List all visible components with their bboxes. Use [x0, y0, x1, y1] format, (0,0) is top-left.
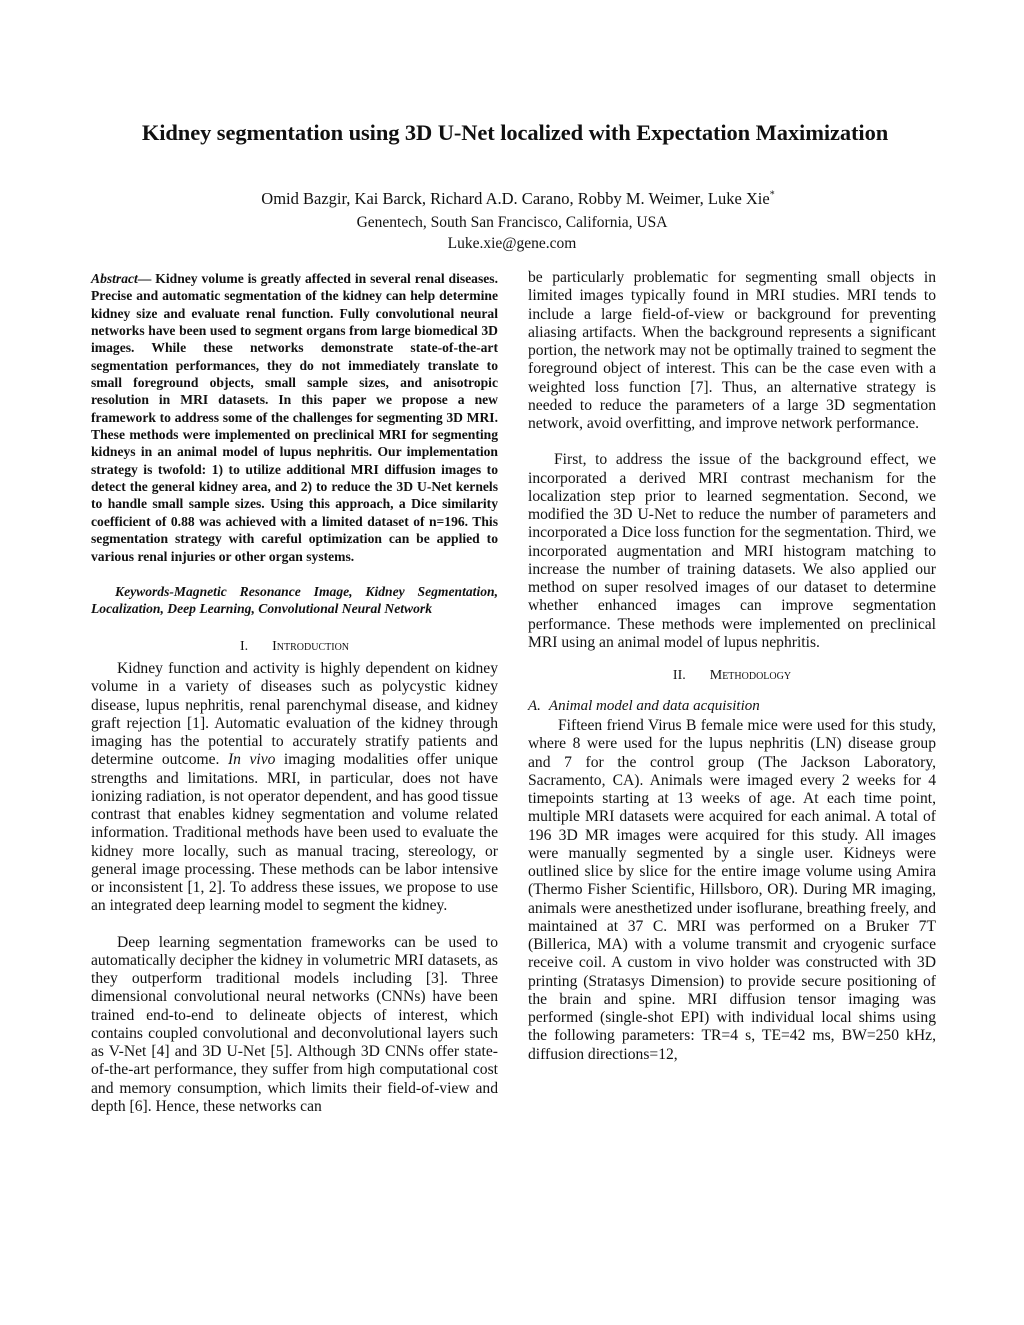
left-column: Abstract— Kidney volume is greatly affec…	[91, 270, 498, 1116]
affiliation-block: Genentech, South San Francisco, Californ…	[0, 212, 1024, 254]
intro-paragraph-2-continued: be particularly problematic for segmenti…	[528, 269, 936, 433]
contact-email: Luke.xie@gene.com	[0, 233, 1024, 254]
authors-text: Omid Bazgir, Kai Barck, Richard A.D. Car…	[261, 189, 769, 208]
intro-paragraph-3: First, to address the issue of the backg…	[528, 451, 936, 652]
methodology-paragraph-1: Fifteen friend Virus B female mice were …	[528, 717, 936, 1064]
affiliation: Genentech, South San Francisco, Californ…	[0, 212, 1024, 233]
abstract: Abstract— Kidney volume is greatly affec…	[91, 270, 498, 565]
author-list: Omid Bazgir, Kai Barck, Richard A.D. Car…	[0, 189, 1024, 209]
in-vivo-italic: In vivo	[228, 751, 275, 768]
section-heading-methodology: II.Methodology	[528, 668, 936, 684]
right-column: be particularly problematic for segmenti…	[528, 269, 936, 1064]
intro-paragraph-2: Deep learning segmentation frameworks ca…	[91, 934, 498, 1117]
keywords: Keywords-Magnetic Resonance Image, Kidne…	[91, 583, 498, 618]
paper-title: Kidney segmentation using 3D U-Net local…	[0, 120, 1024, 146]
abstract-text: Kidney volume is greatly affected in sev…	[91, 271, 498, 564]
intro-paragraph-1: Kidney function and activity is highly d…	[91, 660, 498, 916]
corresponding-author-mark: *	[770, 190, 775, 201]
abstract-label: Abstract—	[91, 271, 151, 286]
subsection-heading-animal-model: A.Animal model and data acquisition	[528, 698, 936, 715]
section-heading-introduction: I.Introduction	[91, 638, 498, 655]
